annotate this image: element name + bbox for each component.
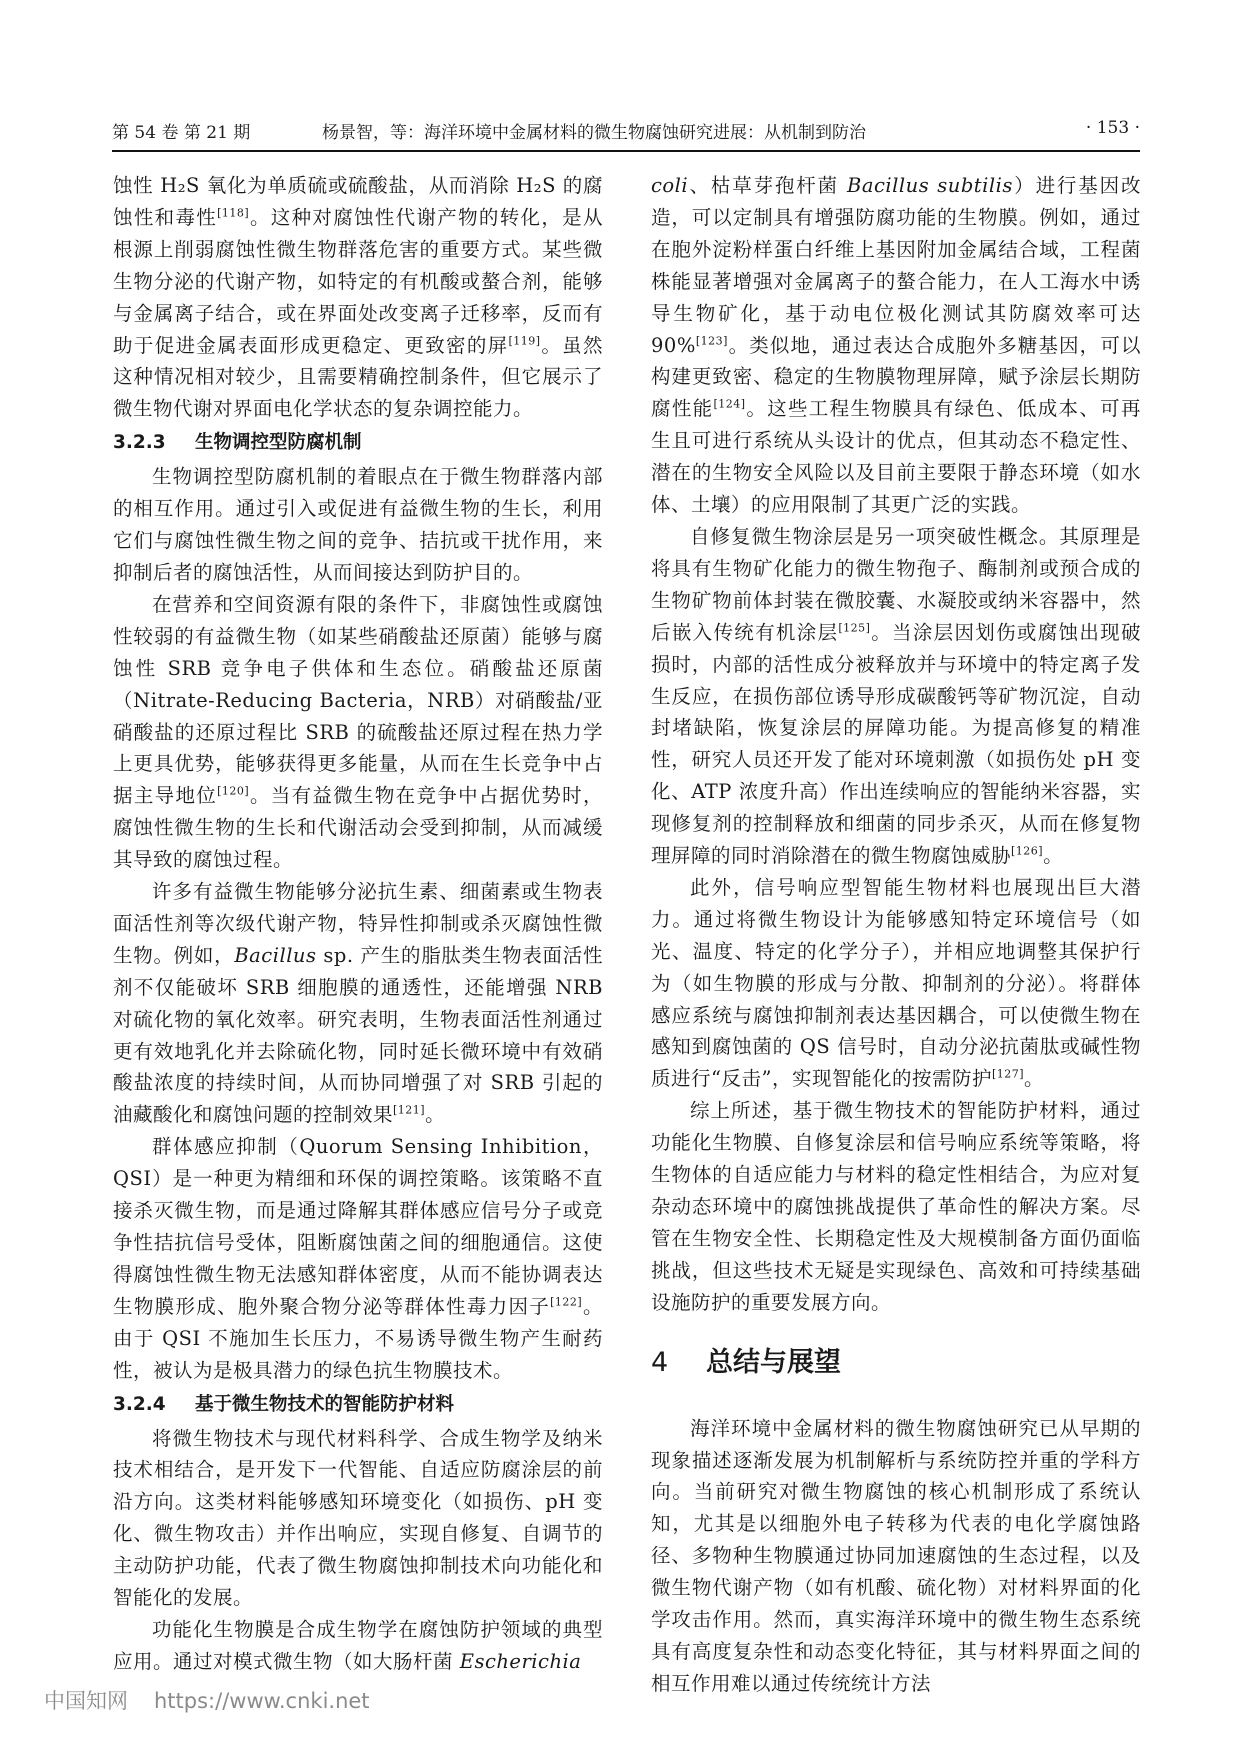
page-number: · 153 · [1086,118,1140,138]
citation[interactable]: [127] [992,1068,1024,1081]
citation[interactable]: [123] [696,334,728,347]
paragraph: 自修复微生物涂层是另一项突破性概念。其原理是将具有生物矿化能力的微生物孢子、酶制… [651,521,1141,872]
left-column: 蚀性 H₂S 氧化为单质硫或硫酸盐，从而消除 H₂S 的腐蚀性和毒性[118]。… [113,170,603,1678]
cnki-url[interactable]: https://www.cnki.net [154,1689,370,1713]
section-heading-4: 4总结与展望 [651,1343,1141,1383]
citation[interactable]: [120] [217,785,249,798]
citation[interactable]: [124] [713,398,745,411]
section-heading-3-2-4: 3.2.4基于微生物技术的智能防护材料 [113,1387,603,1423]
citation[interactable]: [119] [508,334,540,347]
paragraph: 将微生物技术与现代材料科学、合成生物学及纳米技术相结合，是开发下一代智能、自适应… [113,1423,603,1614]
paragraph: 群体感应抑制（Quorum Sensing Inhibition，QSI）是一种… [113,1131,603,1386]
paragraph: 综上所述，基于微生物技术的智能防护材料，通过功能化生物膜、自修复涂层和信号响应系… [651,1095,1141,1318]
paragraph: 此外，信号响应型智能生物材料也展现出巨大潜力。通过将微生物设计为能够感知特定环境… [651,872,1141,1095]
citation[interactable]: [122] [550,1295,582,1308]
paragraph: 许多有益微生物能够分泌抗生素、细菌素或生物表面活性剂等次级代谢产物，特异性抑制或… [113,876,603,1131]
running-title: 杨景智，等：海洋环境中金属材料的微生物腐蚀研究进展：从机制到防治 [322,118,866,143]
citation[interactable]: [118] [217,206,249,219]
citation[interactable]: [125] [838,621,870,634]
header-rule [112,150,1140,152]
citation[interactable]: [126] [1011,845,1043,858]
watermark-footer: 中国知网https://www.cnki.net [44,1685,370,1715]
paragraph: coli、枯草芽孢杆菌 Bacillus subtilis）进行基因改造，可以定… [651,170,1141,521]
paragraph: 蚀性 H₂S 氧化为单质硫或硫酸盐，从而消除 H₂S 的腐蚀性和毒性[118]。… [113,170,603,425]
running-header: 第 54 卷 第 21 期 杨景智，等：海洋环境中金属材料的微生物腐蚀研究进展：… [112,110,1140,146]
right-column: coli、枯草芽孢杆菌 Bacillus subtilis）进行基因改造，可以定… [651,170,1141,1700]
paragraph: 功能化生物膜是合成生物学在腐蚀防护领域的典型应用。通过对模式微生物（如大肠杆菌 … [113,1614,603,1678]
cnki-logo-text: 中国知网 [44,1689,128,1713]
section-heading-3-2-3: 3.2.3生物调控型防腐机制 [113,425,603,461]
paragraph: 在营养和空间资源有限的条件下，非腐蚀性或腐蚀性较弱的有益微生物（如某些硝酸盐还原… [113,589,603,876]
paragraph: 生物调控型防腐机制的着眼点在于微生物群落内部的相互作用。通过引入或促进有益微生物… [113,461,603,589]
volume-issue: 第 54 卷 第 21 期 [112,118,250,143]
citation[interactable]: [121] [393,1104,425,1117]
paragraph: 海洋环境中金属材料的微生物腐蚀研究已从早期的现象描述逐渐发展为机制解析与系统防控… [651,1413,1141,1700]
